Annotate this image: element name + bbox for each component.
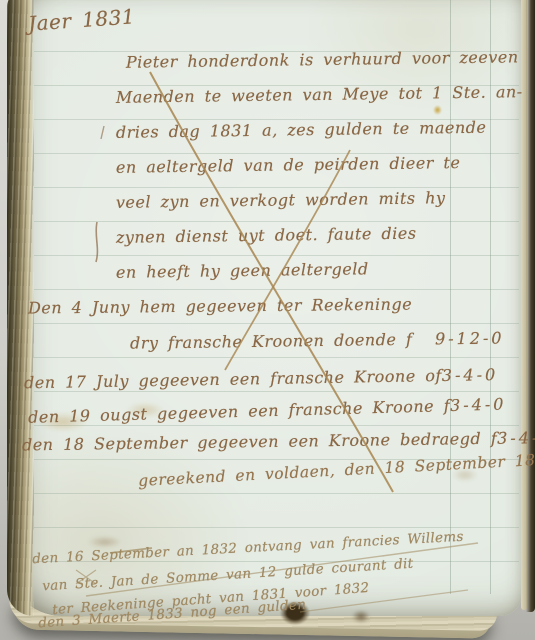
book-cover-right-edge bbox=[526, 0, 535, 612]
ledger-amount: 3-4-0 bbox=[450, 394, 515, 415]
paragraph-line: veel zyn en verkogt worden mits hy bbox=[116, 187, 523, 228]
paragraph-line: Pieter honderdonk is verhuurd voor zeeve… bbox=[126, 47, 523, 88]
contract-paragraph: Pieter honderdonk is verhuurd voor zeeve… bbox=[116, 50, 523, 295]
paragraph-line: en aeltergeld van de peirden dieer te bbox=[116, 152, 523, 193]
paragraph-line: en heeft hy geen aeltergeld bbox=[116, 257, 523, 298]
ledger-amount: 9-12-0 bbox=[435, 328, 515, 348]
paragraph-line: Maenden te weeten van Meye tot 1 Ste. an… bbox=[116, 82, 523, 123]
ledger-amount: 3-4-0 bbox=[442, 365, 515, 385]
ink-blot-stain bbox=[352, 610, 370, 623]
paragraph-line: dries dag 1831 a, zes gulden te maende bbox=[116, 117, 523, 158]
manuscript-scan: Jaer 1831 Pieter honderdonk is verhuurd … bbox=[0, 0, 535, 640]
paragraph-line: zynen dienst uyt doet. faute dies bbox=[116, 222, 523, 263]
ledger-amount bbox=[435, 293, 515, 313]
ledger-amount: 3-4-0 bbox=[497, 428, 535, 448]
